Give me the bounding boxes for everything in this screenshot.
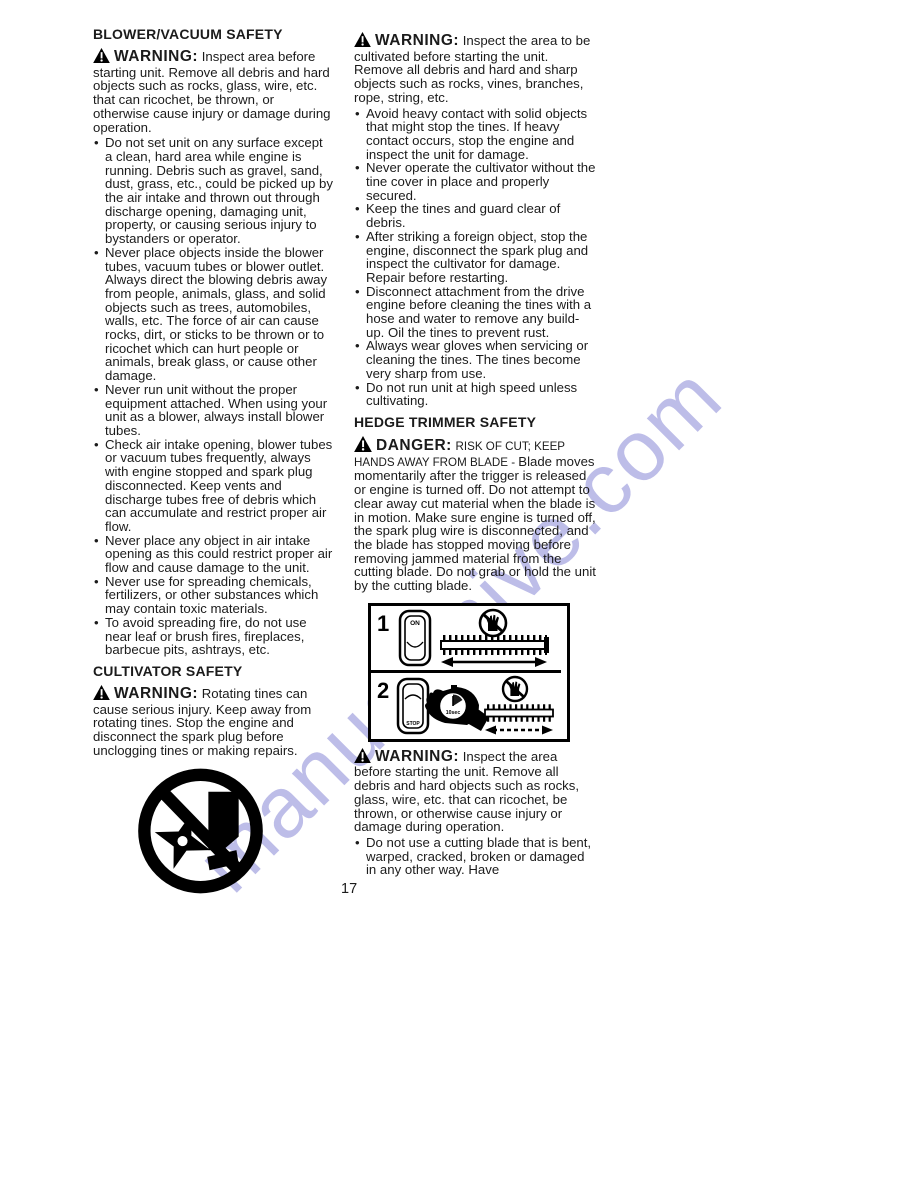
no-hands-icon [503, 677, 527, 701]
list-item: To avoid spreading fire, do not use near… [93, 616, 333, 657]
list-item: Do not set unit on any surface except a … [93, 136, 333, 246]
list-item: Never use for spreading chemicals, ferti… [93, 575, 333, 616]
arrow-double-icon [441, 657, 547, 667]
switch-label: ON [410, 620, 420, 627]
danger-triangle-icon [354, 436, 372, 455]
hedge-blade-icon [441, 637, 549, 653]
cultivator-safety-list: Avoid heavy contact with solid objects t… [354, 107, 596, 408]
blower-warning-paragraph: WARNING: Inspect area before starting un… [93, 48, 333, 134]
hedge-danger-paragraph: DANGER: RISK OF CUT; KEEP HANDS AWAY FRO… [354, 436, 596, 593]
hedge-safety-list: Do not use a cutting blade that is bent,… [354, 836, 596, 877]
list-item: Avoid heavy contact with solid objects t… [354, 107, 596, 162]
list-item: Keep the tines and guard clear of debris… [354, 202, 596, 229]
warning-label: WARNING: [114, 685, 198, 702]
list-item: Never run unit without the proper equipm… [93, 383, 333, 438]
left-column: BLOWER/VACUUM SAFETY WARNING: Inspect ar… [93, 26, 333, 898]
stopwatch-label: 10sec [446, 710, 461, 716]
glove-stopwatch-icon: 10sec [425, 685, 489, 731]
switch-label: STOP [406, 721, 420, 727]
rocker-switch-stop-icon: STOP [398, 679, 428, 733]
list-item: Check air intake opening, blower tubes o… [93, 438, 333, 534]
no-hands-icon [480, 610, 506, 636]
rocker-switch-on-icon: ON [400, 611, 430, 665]
hedge-blade-icon [485, 707, 553, 719]
arrow-double-dashed-icon [485, 725, 553, 734]
hedge-trimmer-figure: 1 ON [368, 603, 570, 742]
warning-label: WARNING: [375, 32, 459, 49]
warning-label: WARNING: [114, 48, 198, 65]
figure-panel-1: 1 ON [371, 606, 561, 673]
manual-page: manualshive.com BLOWER/VACUUM SAFETY WAR… [0, 0, 918, 1188]
warning-triangle-icon [93, 48, 110, 66]
figure-panel-2: 2 STOP 10sec [371, 673, 561, 739]
panel-number: 2 [377, 678, 389, 703]
warning-triangle-icon [354, 32, 371, 50]
list-item: Disconnect attachment from the drive eng… [354, 285, 596, 340]
warning-triangle-icon [354, 748, 371, 766]
section-title-hedge-trimmer-safety: HEDGE TRIMMER SAFETY [354, 414, 596, 430]
list-item: Never operate the cultivator without the… [354, 161, 596, 202]
danger-text: Blade moves momentarily after the trigge… [354, 454, 596, 593]
hedge-warning-paragraph: WARNING: Inspect the area before startin… [354, 748, 596, 834]
page-number: 17 [341, 881, 357, 897]
blower-safety-list: Do not set unit on any surface except a … [93, 136, 333, 657]
list-item: After striking a foreign object, stop th… [354, 230, 596, 285]
list-item: Do not run unit at high speed unless cul… [354, 381, 596, 408]
prohibition-cultivator-icon [133, 767, 268, 898]
list-item: Always wear gloves when servicing or cle… [354, 339, 596, 380]
right-column: WARNING: Inspect the area to be cultivat… [354, 32, 596, 879]
danger-label: DANGER: [376, 437, 452, 454]
cultivator-warning-paragraph: WARNING: Rotating tines can cause seriou… [93, 685, 333, 758]
list-item: Never place objects inside the blower tu… [93, 246, 333, 383]
section-title-cultivator-safety: CULTIVATOR SAFETY [93, 663, 333, 679]
cultivator-area-warning-paragraph: WARNING: Inspect the area to be cultivat… [354, 32, 596, 105]
list-item: Do not use a cutting blade that is bent,… [354, 836, 596, 877]
section-title-blower-vacuum-safety: BLOWER/VACUUM SAFETY [93, 26, 333, 42]
panel-number: 1 [377, 611, 389, 636]
warning-label: WARNING: [375, 748, 459, 765]
list-item: Never place any object in air intake ope… [93, 534, 333, 575]
warning-triangle-icon [93, 685, 110, 703]
